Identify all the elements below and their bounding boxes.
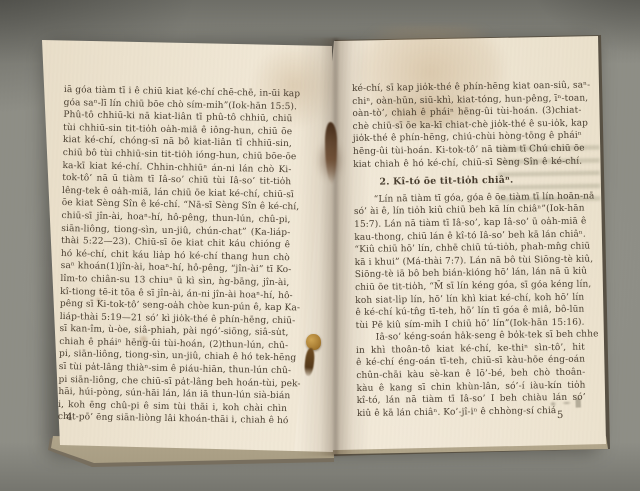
book-scan-photo: iā góa tiàm tī i ê chiū kiat ké-chí chē-… [0,0,640,491]
paragraph: ké-chí, sī kap jio̍k-thé ê phín-hēng kia… [352,80,582,172]
paragraph: “Lín nā tiàm tī góa, góa ê ōe tiàm tī lí… [354,190,585,332]
text-line: 2. Kî-tó ōe tit-tio̍h chiâⁿ. [353,174,582,190]
right-page-text: ké-chí, sī kap jio̍k-thé ê phín-hēng kia… [352,80,586,421]
paragraph: Iâ-so’ kéng-soán ha̍k-seng ê bo̍k-tek sī… [356,329,586,421]
page-number: 5 [557,410,564,421]
page-number: 4 [66,412,73,423]
section-heading: 2. Kî-tó ōe tit-tio̍h chiâⁿ. [353,174,582,190]
paragraph: iā góa tiàm tī i ê chiū kiat ké-chí chē-… [58,84,293,428]
text-line: kiat chiah ê hó ké-chí, chiū-sī Sèng Sîn… [353,155,582,171]
left-page-text: iā góa tiàm tī i ê chiū kiat ké-chí chē-… [58,84,293,428]
